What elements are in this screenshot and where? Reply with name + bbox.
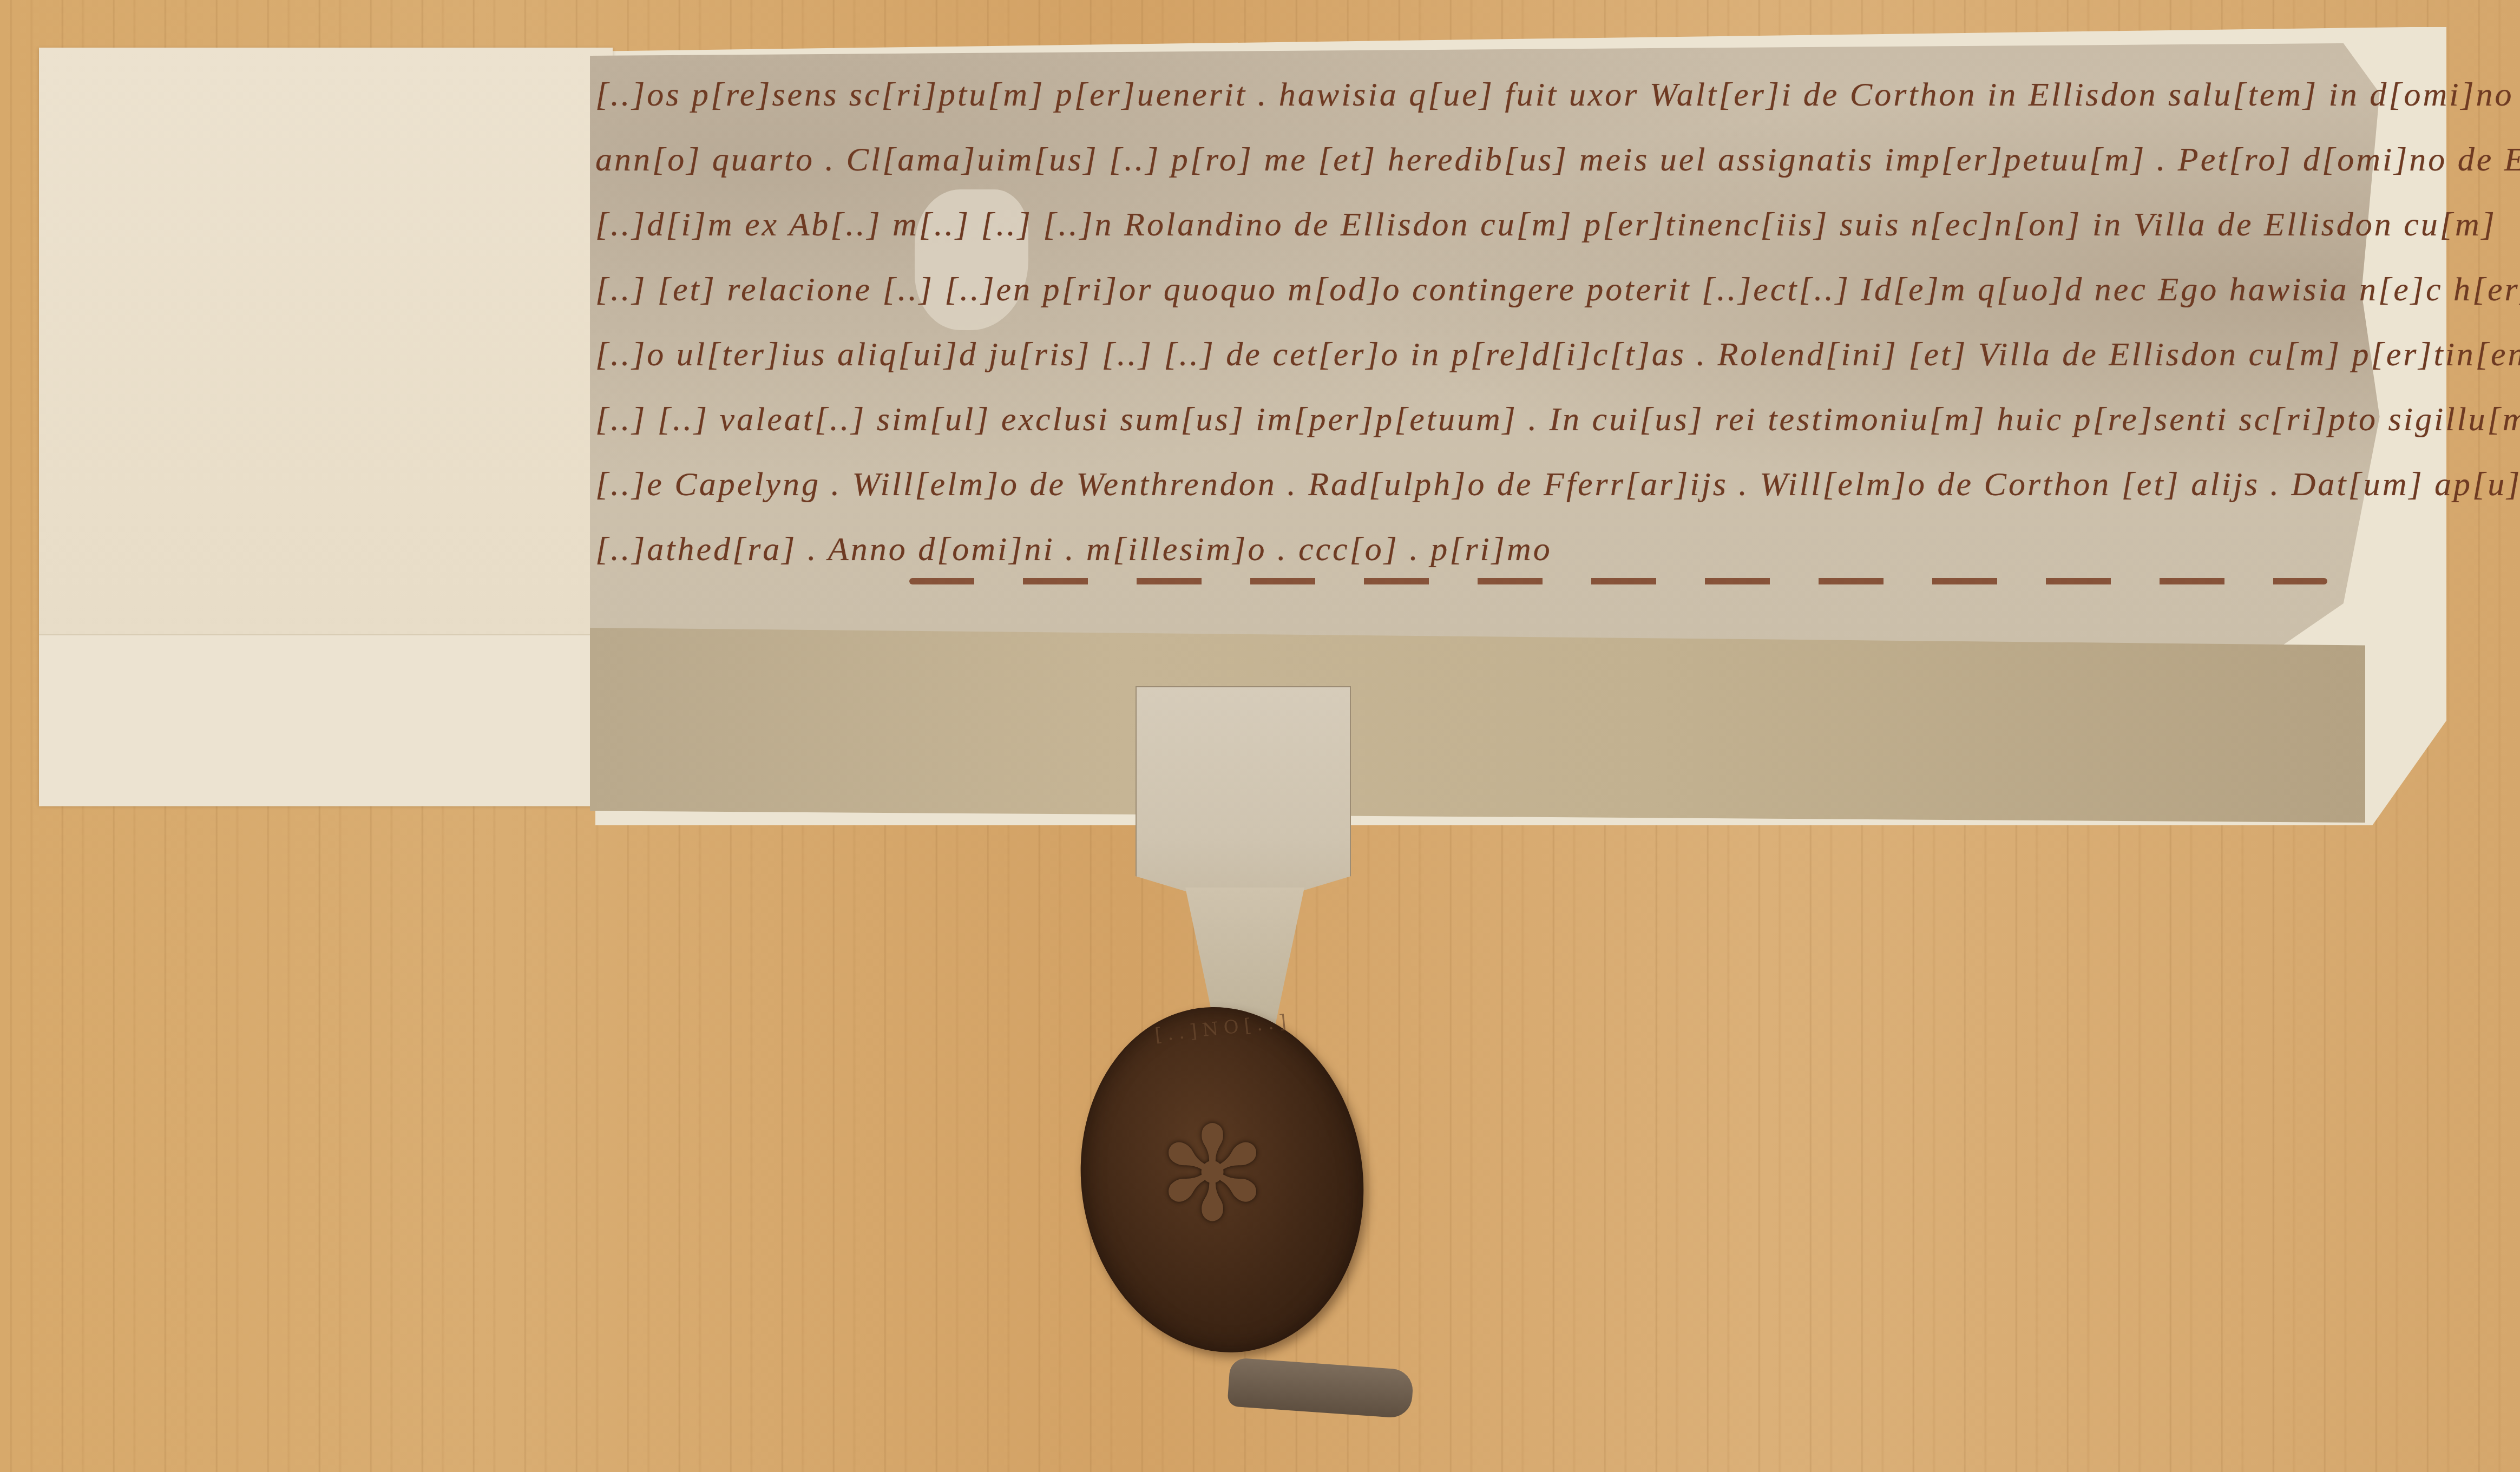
charter-line-3: [..]d[i]m ex Ab[..] m[..] [..] [..]n Rol… [595,206,2497,244]
charter-line-7: [..]e Capelyng . Will[elm]o de Wenthrend… [595,465,2520,504]
mount-paper-fold [39,634,613,806]
charter-line-2: ann[o] quarto . Cl[ama]uim[us] [..] p[ro… [595,141,2520,179]
charter-plica-fold [590,628,2365,823]
charter-line-1: [..]os p[re]sens sc[ri]ptu[m] p[er]uener… [595,76,2520,114]
seal-flower-device-icon: ✻ [1142,1104,1283,1245]
charter-line-5: [..]o ul[ter]ius aliq[ui]d ju[ris] [..] … [595,336,2520,374]
charter-line-4: [..] [et] relacione [..] [..]en p[ri]or … [595,271,2520,309]
charter-line-6: [..] [..] valeat[..] sim[ul] exclusi sum… [595,400,2520,439]
charter-line-8: [..]athed[ra] . Anno d[omi]ni . m[illesi… [595,530,1552,569]
line-filler-flourishes [909,578,2327,584]
seal-tag [1136,686,1351,902]
seal-tag-tail [1227,1357,1414,1418]
